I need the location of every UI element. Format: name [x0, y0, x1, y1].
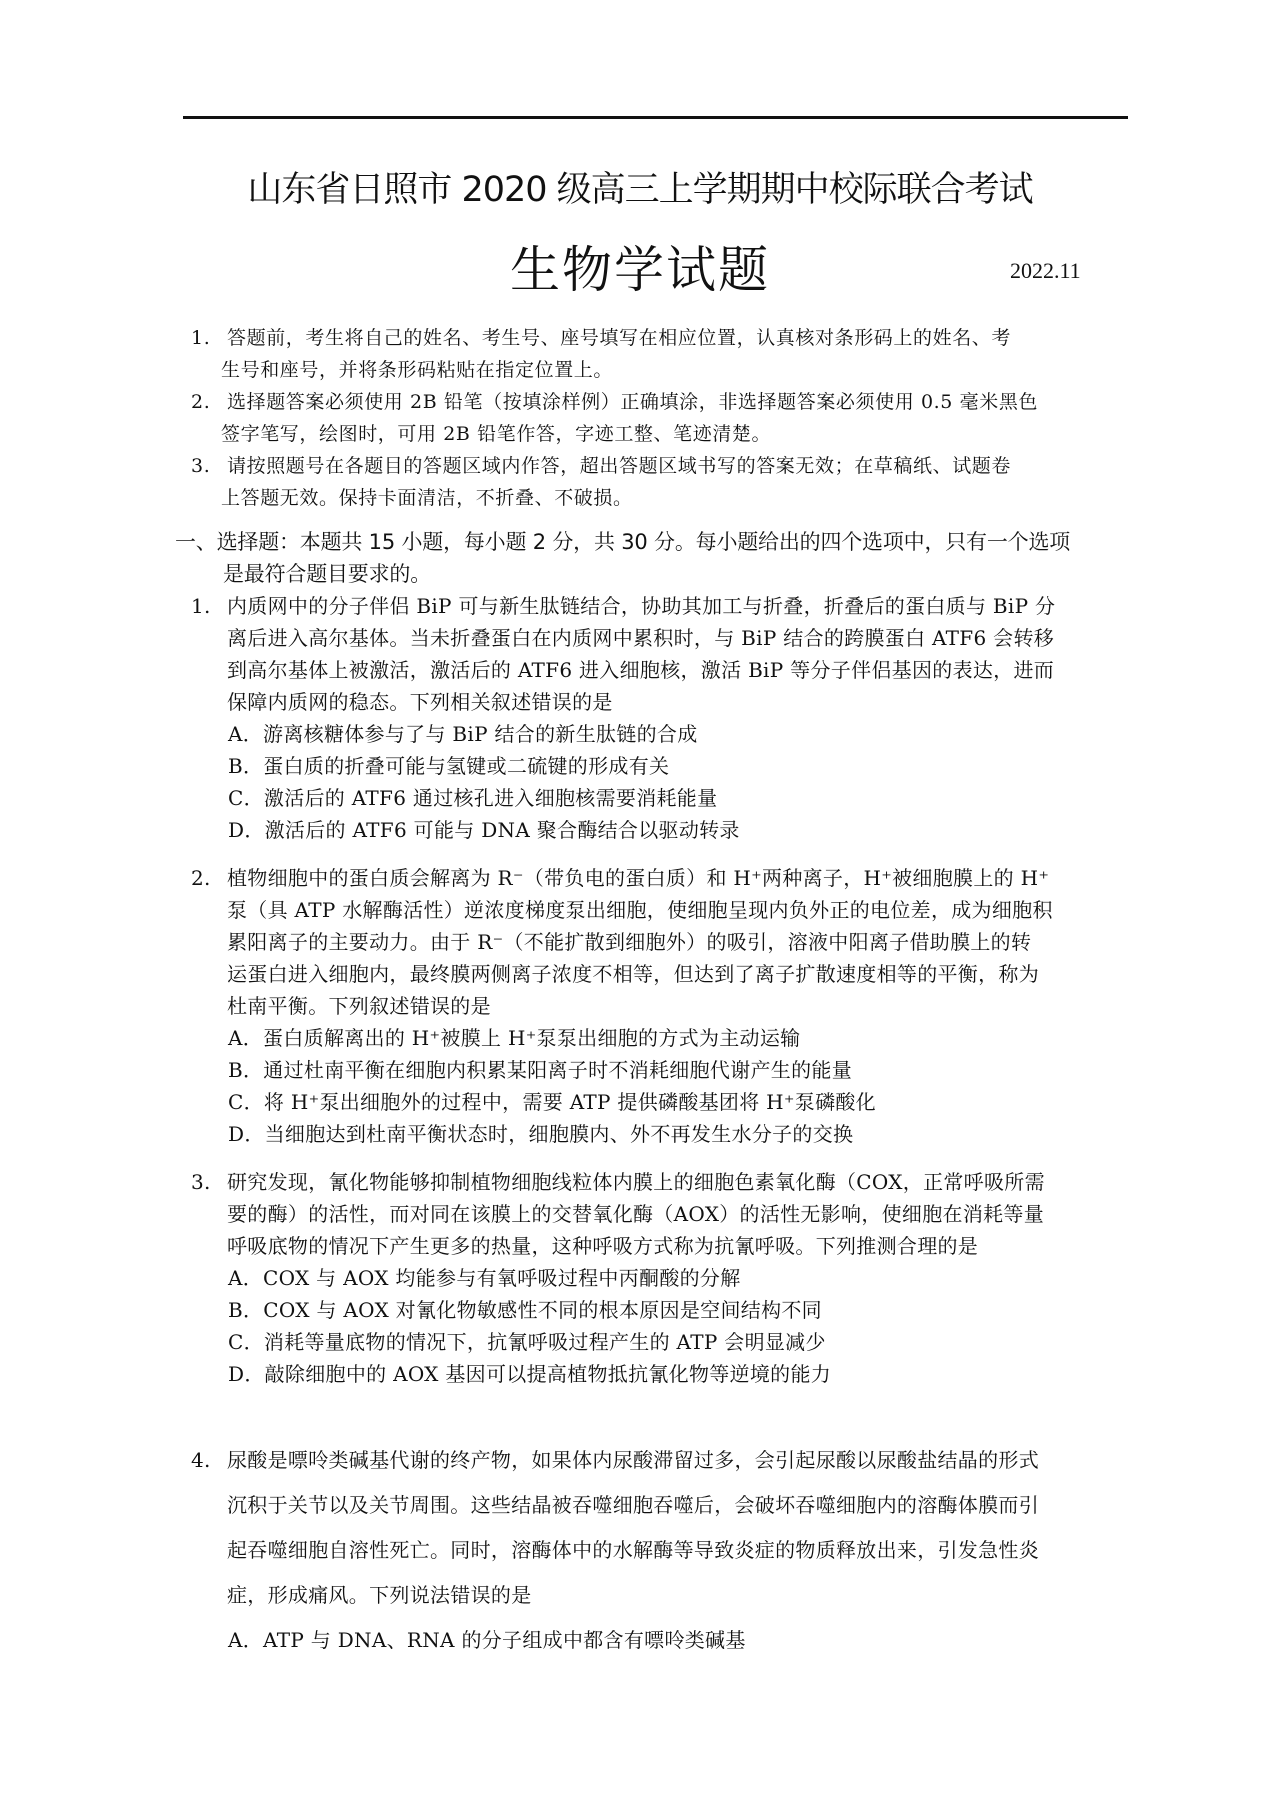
option-a: A．COX 与 AOX 均能参与有氧呼吸过程中丙酮酸的分解 — [183, 1262, 1133, 1294]
question-stem-line: 1.内质网中的分子伴侣 BiP 可与新生肽链结合，协助其加工与折叠，折叠后的蛋白… — [183, 590, 1133, 622]
instructions: 1.答题前，考生将自己的姓名、考生号、座号填写在相应位置，认真核对条形码上的姓名… — [183, 322, 1133, 514]
question-stem-line: 2.植物细胞中的蛋白质会解离为 R⁻（带负电的蛋白质）和 H⁺两种离子，H⁺被细… — [183, 862, 1133, 894]
question-stem-line: 4.尿酸是嘌呤类碱基代谢的终产物，如果体内尿酸滞留过多，会引起尿酸以尿酸盐结晶的… — [183, 1438, 1133, 1483]
option-d: D．当细胞达到杜南平衡状态时，细胞膜内、外不再发生水分子的交换 — [183, 1118, 1133, 1150]
instruction-1-line-2: 生号和座号，并将条形码粘贴在指定位置上。 — [183, 354, 1133, 386]
question-stem-line: 泵（具 ATP 水解酶活性）逆浓度梯度泵出细胞，使细胞呈现内负外正的电位差，成为… — [183, 894, 1133, 926]
instruction-3-line-2: 上答题无效。保持卡面清洁，不折叠、不破损。 — [183, 482, 1133, 514]
question-stem-line: 沉积于关节以及关节周围。这些结晶被吞噬细胞吞噬后，会破坏吞噬细胞内的溶酶体膜而引 — [183, 1483, 1133, 1528]
instruction-1-line-1: 1.答题前，考生将自己的姓名、考生号、座号填写在相应位置，认真核对条形码上的姓名… — [183, 322, 1133, 354]
option-c: C．激活后的 ATF6 通过核孔进入细胞核需要消耗能量 — [183, 782, 1133, 814]
question-stem-line: 杜南平衡。下列叙述错误的是 — [183, 990, 1133, 1022]
section-line-1: 一、选择题：本题共 15 小题，每小题 2 分，共 30 分。每小题给出的四个选… — [175, 526, 1125, 558]
option-c: C．将 H⁺泵出细胞外的过程中，需要 ATP 提供磷酸基团将 H⁺泵磷酸化 — [183, 1086, 1133, 1118]
question-stem-line: 要的酶）的活性，而对同在该膜上的交替氧化酶（AOX）的活性无影响，使细胞在消耗等… — [183, 1198, 1133, 1230]
section-line-2: 是最符合题目要求的。 — [175, 558, 1125, 590]
option-c: C．消耗等量底物的情况下，抗氰呼吸过程产生的 ATP 会明显减少 — [183, 1326, 1133, 1358]
section-header: 一、选择题：本题共 15 小题，每小题 2 分，共 30 分。每小题给出的四个选… — [175, 526, 1125, 590]
question-stem-line: 起吞噬细胞自溶性死亡。同时，溶酶体中的水解酶等导致炎症的物质释放出来，引发急性炎 — [183, 1528, 1133, 1573]
instruction-2-line-1: 2.选择题答案必须使用 2B 铅笔（按填涂样例）正确填涂，非选择题答案必须使用 … — [183, 386, 1133, 418]
question-3: 3.研究发现，氰化物能够抑制植物细胞线粒体内膜上的细胞色素氧化酶（COX，正常呼… — [183, 1166, 1133, 1390]
question-2: 2.植物细胞中的蛋白质会解离为 R⁻（带负电的蛋白质）和 H⁺两种离子，H⁺被细… — [183, 862, 1133, 1150]
question-stem-line: 累阳离子的主要动力。由于 R⁻（不能扩散到细胞外）的吸引，溶液中阳离子借助膜上的… — [183, 926, 1133, 958]
question-stem-line: 到高尔基体上被激活，激活后的 ATF6 进入细胞核，激活 BiP 等分子伴侣基因… — [183, 654, 1133, 686]
option-a: A．游离核糖体参与了与 BiP 结合的新生肽链的合成 — [183, 718, 1133, 750]
question-stem-line: 症，形成痛风。下列说法错误的是 — [183, 1573, 1133, 1618]
question-stem-line: 3.研究发现，氰化物能够抑制植物细胞线粒体内膜上的细胞色素氧化酶（COX，正常呼… — [183, 1166, 1133, 1198]
exam-title: 生物学试题 — [0, 230, 1280, 302]
option-b: B．COX 与 AOX 对氰化物敏感性不同的根本原因是空间结构不同 — [183, 1294, 1133, 1326]
question-4: 4.尿酸是嘌呤类碱基代谢的终产物，如果体内尿酸滞留过多，会引起尿酸以尿酸盐结晶的… — [183, 1438, 1133, 1663]
question-stem-line: 运蛋白进入细胞内，最终膜两侧离子浓度不相等，但达到了离子扩散速度相等的平衡，称为 — [183, 958, 1133, 990]
exam-date: 2022.11 — [1010, 258, 1081, 284]
header-rule — [183, 116, 1128, 119]
question-stem-line: 呼吸底物的情况下产生更多的热量，这种呼吸方式称为抗氰呼吸。下列推测合理的是 — [183, 1230, 1133, 1262]
option-a: A．ATP 与 DNA、RNA 的分子组成中都含有嘌呤类碱基 — [183, 1618, 1133, 1663]
instruction-3-line-1: 3.请按照题号在各题目的答题区域内作答，超出答题区域书写的答案无效；在草稿纸、试… — [183, 450, 1133, 482]
question-stem-line: 保障内质网的稳态。下列相关叙述错误的是 — [183, 686, 1133, 718]
option-b: B．蛋白质的折叠可能与氢键或二硫键的形成有关 — [183, 750, 1133, 782]
instruction-2-line-2: 签字笔写，绘图时，可用 2B 铅笔作答，字迹工整、笔迹清楚。 — [183, 418, 1133, 450]
question-1: 1.内质网中的分子伴侣 BiP 可与新生肽链结合，协助其加工与折叠，折叠后的蛋白… — [183, 590, 1133, 846]
option-d: D．激活后的 ATF6 可能与 DNA 聚合酶结合以驱动转录 — [183, 814, 1133, 846]
exam-subtitle: 山东省日照市 2020 级高三上学期期中校际联合考试 — [0, 162, 1280, 212]
option-b: B．通过杜南平衡在细胞内积累某阳离子时不消耗细胞代谢产生的能量 — [183, 1054, 1133, 1086]
question-stem-line: 离后进入高尔基体。当未折叠蛋白在内质网中累积时，与 BiP 结合的跨膜蛋白 AT… — [183, 622, 1133, 654]
option-d: D．敲除细胞中的 AOX 基因可以提高植物抵抗氰化物等逆境的能力 — [183, 1358, 1133, 1390]
option-a: A．蛋白质解离出的 H⁺被膜上 H⁺泵泵出细胞的方式为主动运输 — [183, 1022, 1133, 1054]
